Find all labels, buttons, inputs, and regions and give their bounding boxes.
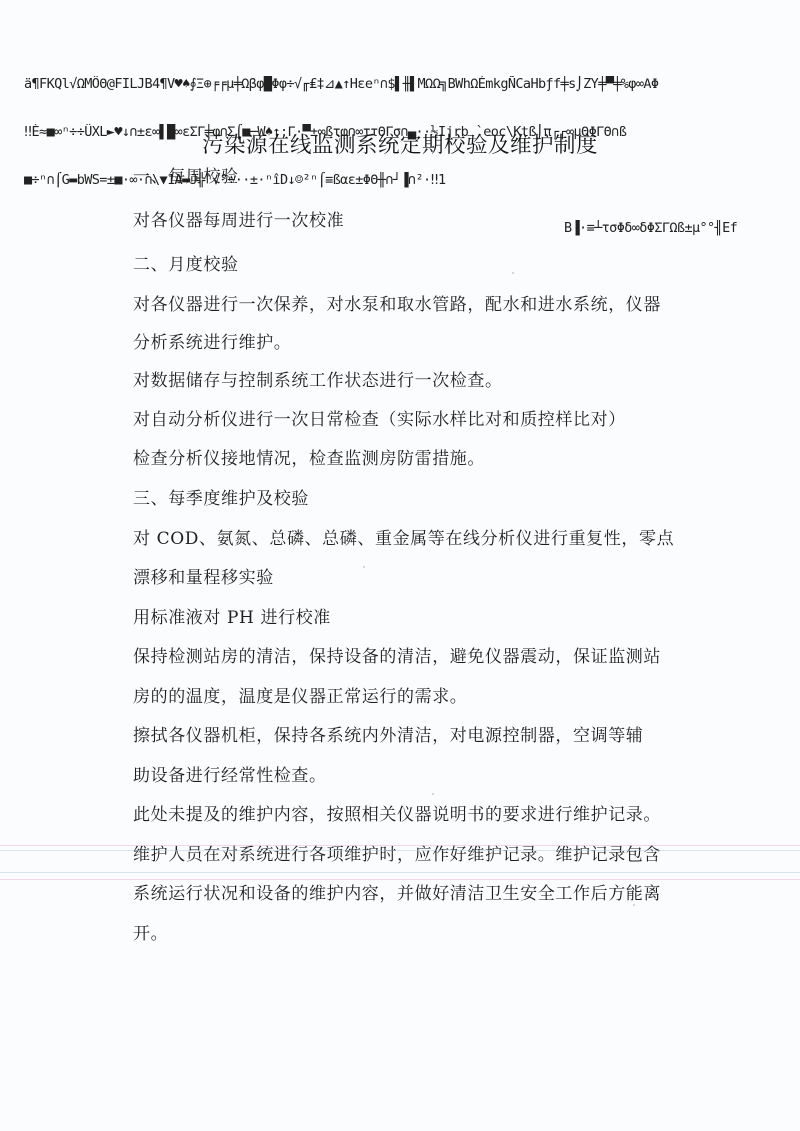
paragraph-line: 保持检测站房的清洁，保持设备的清洁，避免仪器震动，保证监测站: [133, 642, 661, 667]
paragraph-line: 系统运行状况和设备的维护内容，并做好清洁卫生安全工作后方能离: [133, 879, 661, 904]
paragraph-line: 分析系统进行维护。: [133, 328, 291, 353]
paragraph-line: 检查分析仪接地情况，检查监测房防雷措施。: [133, 444, 485, 469]
paragraph-line: 对各仪器进行一次保养，对水泵和取水管路，配水和进水系统，仪器: [133, 290, 661, 315]
scan-speck: [633, 904, 635, 906]
scan-artifact-line: [0, 879, 800, 880]
paragraph-line: 此处未提及的维护内容，按照相关仪器说明书的要求进行维护记录。: [133, 800, 661, 825]
paragraph-line: 开。: [133, 919, 168, 944]
paragraph-line: 漂移和量程移实验: [133, 563, 274, 588]
scan-artifact-line: [0, 872, 800, 873]
scan-speck: [432, 793, 434, 795]
scan-speck: [363, 566, 365, 568]
section-heading-quarterly: 三、每季度维护及校验: [133, 484, 309, 509]
paragraph-line: 对 COD、氨氮、总磷、总磷、重金属等在线分析仪进行重复性，零点: [133, 524, 674, 549]
paragraph-line: 助设备进行经常性检查。: [133, 761, 327, 786]
paragraph-line: 对自动分析仪进行一次日常检查（实际水样比对和质控样比对）: [133, 405, 626, 430]
paragraph-line: 对各仪器每周进行一次校准: [133, 206, 344, 231]
paragraph-line: 维护人员在对系统进行各项维护时，应作好维护记录。维护记录包含: [133, 840, 661, 865]
garbled-line-1: ä¶FKQl√ΩMÖΘ@FILJB4¶V♥♠∮Ξ⊕╒╒μ╪Ωβφ█Φφ÷√╓₤‡…: [24, 76, 794, 92]
document-title: 污染源在线监测系统定期校验及维护制度: [0, 128, 800, 159]
scan-speck: [512, 272, 514, 274]
scan-artifact-line: [0, 845, 800, 846]
paragraph-line: 擦拭各仪器机柜，保持各系统内外清洁，对电源控制器，空调等辅: [133, 721, 643, 746]
section-heading-weekly: 一、每周校验: [133, 162, 239, 187]
paragraph-line: 用标准液对 PH 进行校准: [133, 603, 331, 628]
paragraph-line: 房的的温度，温度是仪器正常运行的需求。: [133, 682, 467, 707]
section-heading-monthly: 二、月度校验: [133, 250, 239, 275]
paragraph-line: 对数据储存与控制系统工作状态进行一次检查。: [133, 366, 503, 391]
scan-artifact-line: [0, 850, 800, 851]
